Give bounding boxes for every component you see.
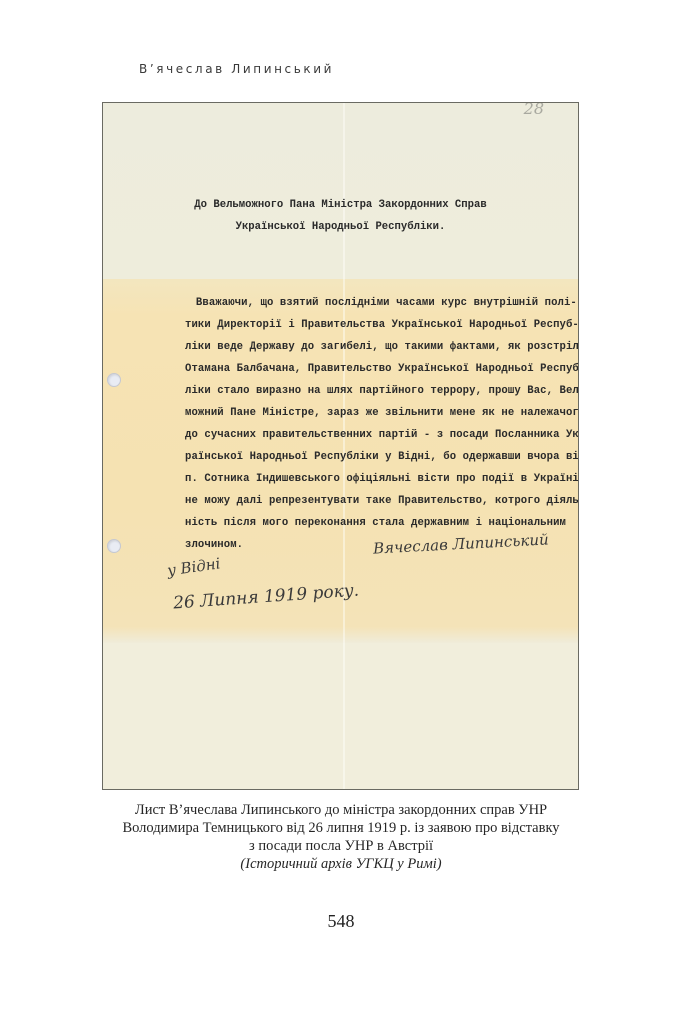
archive-number: 28 — [524, 102, 544, 118]
body-line: до сучасних правительственних партій - з… — [185, 429, 579, 441]
document-scan: 28 До Вельможного Пана Міністра Закордон… — [102, 102, 579, 790]
addressee-line-1: До Вельможного Пана Міністра Закордонних… — [103, 199, 578, 211]
paper-top — [103, 103, 578, 281]
body-line: Вважаючи, що взятий послідніми часами ку… — [183, 297, 577, 309]
body-line: ліки стало виразно на шлях партійного те… — [185, 385, 579, 397]
body-line: ність після мого переконання стала держа… — [185, 517, 566, 529]
punch-hole — [107, 539, 121, 553]
caption-line: Лист В’ячеслава Липинського до міністра … — [0, 801, 682, 819]
addressee-line-2: Української Народньої Республіки. — [103, 221, 578, 233]
figure-caption: Лист В’ячеслава Липинського до міністра … — [0, 801, 682, 873]
body-line: раїнської Народньої Республіки у Відні, … — [185, 451, 579, 463]
punch-hole — [107, 373, 121, 387]
caption-line: з посади посла УНР в Австрії — [0, 837, 682, 855]
caption-line: Володимира Темницького від 26 липня 1919… — [0, 819, 682, 837]
paper-bottom — [103, 643, 578, 790]
body-line: можний Пане Міністре, зараз же звільнити… — [185, 407, 579, 419]
body-line: тики Директорії і Правительства Українсь… — [185, 319, 579, 331]
body-line: Отамана Балбачана, Правительство Українс… — [185, 363, 579, 375]
caption-source: (Історичний архів УГКЦ у Римі) — [0, 855, 682, 873]
body-line: п. Сотника Індишевського офіціяльні віст… — [185, 473, 579, 485]
running-head: В’ячеслав Липинський — [139, 62, 334, 76]
body-line: ліки веде Державу до загибелі, що такими… — [185, 341, 579, 353]
body-line: не можу далі репрезентувати таке Правите… — [185, 495, 579, 507]
page-number: 548 — [0, 911, 682, 932]
body-line: злочином. — [185, 539, 243, 551]
